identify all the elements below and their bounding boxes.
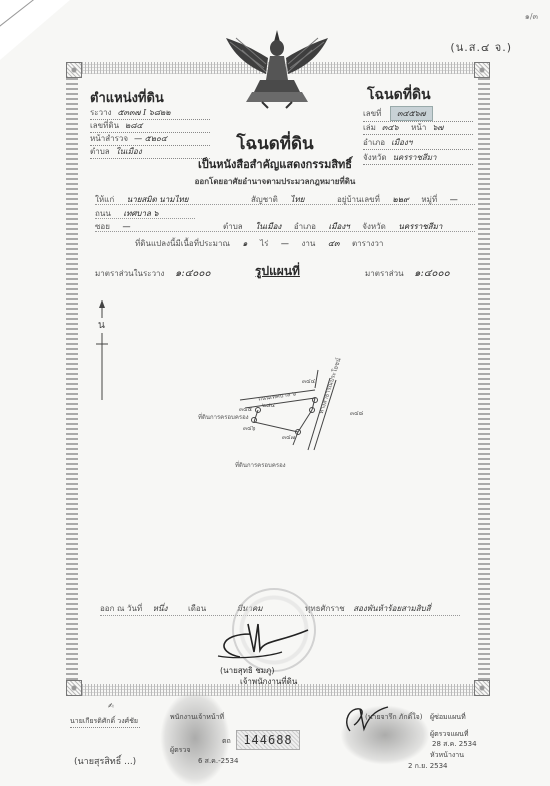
label: ตารางวา [352, 239, 383, 248]
deed-heading: โฉนดที่ดิน [367, 84, 431, 106]
bottom-right-date1: 28 ส.ค. 2534 [432, 739, 477, 750]
scale-value: ๑:๔๐๐๐ [175, 268, 211, 279]
ngan-value: — [281, 239, 289, 248]
label: ตำบล [223, 222, 243, 231]
label: ซอย [95, 222, 110, 231]
owner-name: นายสมิต นามไทย [127, 195, 189, 204]
north-arrow-icon [96, 300, 108, 400]
bottom-left-stamp-name: (นายสุรสิทธิ์ ...) [74, 754, 136, 768]
bottom-left-signer: นายเกียรติศักดิ์ วงศ์ชัย [70, 716, 140, 728]
day-value: หนึ่ง [153, 604, 168, 613]
label: มาตราส่วนในระวาง [95, 269, 164, 278]
corner-fold [0, 0, 70, 60]
field-label: เลขที่ [363, 109, 381, 118]
year-value: สองพันห้าร้อยสามสิบสี่ [353, 604, 430, 613]
bottom-right-role: ผู้ซ่อมแผนที่ [430, 712, 466, 723]
bottom-right-date2: 2 ก.ย. 2534 [408, 761, 448, 772]
label: เดือน [188, 604, 206, 613]
rosette-icon [474, 62, 490, 78]
amphoe-value: เมืองฯ [329, 222, 350, 231]
scale-left: มาตราส่วนในระวาง ๑:๔๐๐๐ [95, 266, 211, 281]
marker-label: ๓๔๗ [282, 432, 295, 442]
field-value: ๒๘๔ [125, 121, 143, 130]
neighbor-label-south: ที่ดินการครอบครอง [235, 460, 286, 470]
label: อำเภอ [294, 222, 316, 231]
label: ไร่ [260, 239, 268, 248]
rai-value: ๑ [242, 239, 247, 248]
scale-value: ๑:๔๐๐๐ [414, 268, 450, 279]
serial-number: 144688 [236, 730, 300, 750]
rosette-icon [474, 680, 490, 696]
official-signature [210, 622, 310, 662]
house-number-value: ๒๒๙ [392, 195, 408, 204]
official-title: เจ้าพนักงานที่ดิน [240, 675, 297, 688]
marker-label: ๓๔๘ [350, 408, 363, 418]
nationality-value: ไทย [290, 195, 304, 204]
label: อยู่บ้านเลขที่ [337, 195, 380, 204]
north-label: น [98, 318, 105, 333]
page-note: ๑/๓ [525, 10, 538, 23]
soi-value: — [122, 222, 130, 231]
bottom-left-role: พนักงานเจ้าหน้าที่ [170, 712, 224, 723]
document-subtitle: เป็นหนังสือสำคัญแสดงกรรมสิทธิ์ [0, 155, 550, 173]
serial-label: ตถ [222, 736, 231, 747]
bottom-left-signature: ✍ [108, 702, 114, 710]
label: ที่ดินแปลงนี้มีเนื้อที่ประมาณ [135, 239, 230, 248]
field-label: ระวาง [90, 108, 111, 117]
province-value: นครราชสีมา [398, 222, 442, 231]
bottom-left-role2: ผู้ตรวจ [170, 745, 190, 756]
garuda-emblem-icon [222, 28, 332, 110]
document-title: โฉนดที่ดิน [0, 130, 550, 157]
deed-number-field: เลขที่ ๓๔๕๖๗ [363, 106, 473, 122]
rosette-icon [66, 680, 82, 696]
field-label: เลขที่ดิน [90, 121, 119, 130]
bottom-right-name: (นายจารึก ภักดิ์ใจ) [365, 712, 422, 723]
map-sheet-field: ระวาง๕๓๓๗ I ๖๘๒๒ [90, 106, 210, 120]
area-row: ที่ดินแปลงนี้มีเนื้อที่ประมาณ ๑ ไร่ — งา… [135, 237, 435, 248]
ink-smudge [160, 690, 230, 786]
road-row: ถนน เทศบาล ๖ [95, 207, 195, 219]
field-value: ๕๓๓๗ I ๖๘๒๒ [117, 108, 170, 117]
marker-label: ๓๔๖ [243, 423, 255, 433]
label: มาตราส่วน [365, 269, 404, 278]
tambon-value: ในเมือง [255, 222, 281, 231]
label: งาน [301, 239, 315, 248]
label: ถนน [95, 209, 111, 218]
label: ออก ณ วันที่ [100, 604, 142, 613]
rosette-icon [66, 62, 82, 78]
label: ให้แก่ [95, 195, 114, 204]
bottom-right-role3: หัวหน้างาน [430, 750, 464, 761]
address-row: ซอย — ตำบล ในเมือง อำเภอ เมืองฯ จังหวัด … [95, 220, 475, 232]
wa-value: ๔๓ [328, 239, 340, 248]
location-heading: ตำแหน่งที่ดิน [90, 87, 164, 108]
moo-value: — [450, 195, 458, 204]
label: จังหวัด [362, 222, 386, 231]
owner-row: ให้แก่ นายสมิต นามไทย สัญชาติ ไทย อยู่บ้… [95, 193, 475, 205]
map-title: รูปแผนที่ [255, 262, 300, 281]
bottom-left-date: 6 ส.ค.-2534 [198, 756, 238, 767]
scale-right: มาตราส่วน ๑:๔๐๐๐ [365, 266, 450, 281]
marker-label: ๓๔๕ [239, 404, 252, 414]
form-code: (น.ส.๔ จ.) [450, 38, 512, 56]
label: สัญชาติ [251, 195, 278, 204]
deed-number-value: ๓๔๕๖๗ [390, 106, 433, 121]
road-value: เทศบาล ๖ [123, 209, 158, 218]
label: หมู่ที่ [421, 195, 437, 204]
issued-under-text: ออกโดยอาศัยอำนาจตามประมวลกฎหมายที่ดิน [0, 175, 550, 188]
marker-label: ๓๔๔ [302, 376, 315, 386]
